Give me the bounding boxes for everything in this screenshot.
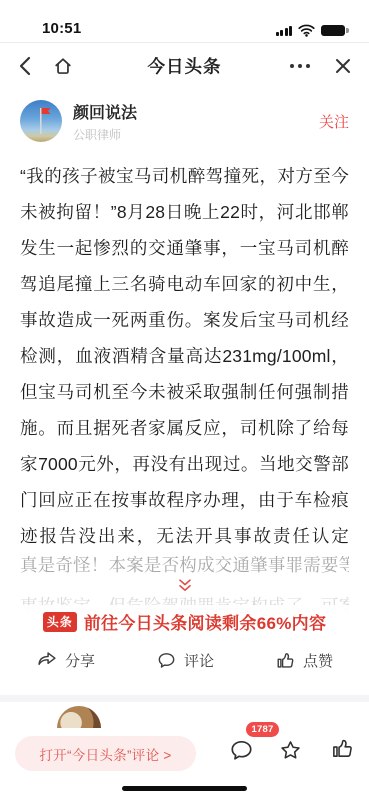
clock-text: 10:51	[42, 20, 81, 37]
status-bar: 10:51	[0, 0, 369, 42]
follow-button[interactable]: 关注	[319, 111, 349, 132]
battery-icon	[321, 25, 345, 37]
thumbs-up-icon	[275, 650, 296, 671]
faded-line-1: 真是奇怪！本案是否构成交通肇事罪需要等待	[20, 551, 349, 579]
phone-screen: 10:51	[0, 0, 369, 800]
nav-right	[289, 58, 351, 74]
star-icon[interactable]	[278, 738, 303, 763]
comment-button[interactable]: 评论	[156, 649, 214, 671]
wifi-icon	[298, 24, 315, 37]
author-info: 颜回说法 公职律师	[73, 100, 319, 143]
share-icon	[36, 649, 58, 671]
nav-bar: 今日头条	[0, 42, 369, 88]
comment-bubble-icon[interactable]	[228, 737, 255, 764]
comment-label: 评论	[184, 650, 214, 671]
like-button[interactable]: 点赞	[275, 649, 333, 671]
article-paragraph: “我的孩子被宝马司机醉驾撞死，对方至今未被拘留！”8月28日晚上22时，河北邯郸…	[0, 158, 369, 558]
thumbs-up-bar-icon[interactable]	[330, 736, 355, 761]
author-role: 公职律师	[73, 126, 319, 143]
home-icon[interactable]	[52, 55, 74, 77]
section-divider	[0, 695, 369, 702]
comment-count-badge: 1787	[246, 722, 279, 737]
like-label: 点赞	[303, 650, 333, 671]
author-row: 颜回说法 公职律师 关注	[0, 98, 369, 144]
close-icon[interactable]	[335, 58, 351, 74]
action-bar: 分享 评论 点赞	[0, 649, 369, 671]
comment-icon	[156, 650, 177, 671]
status-icons	[276, 24, 346, 37]
author-name: 颜回说法	[73, 100, 319, 123]
read-more-text: 前往今日头条阅读剩余66%内容	[84, 609, 327, 634]
article-faded-section: 真是奇怪！本案是否构成交通肇事罪需要等待 事故鉴定，但危险驾驶罪肯定构成了，可案…	[20, 551, 349, 637]
share-button[interactable]: 分享	[36, 649, 95, 671]
nav-left	[18, 55, 74, 77]
chevron-down-icon	[20, 579, 349, 592]
home-indicator[interactable]	[122, 786, 247, 791]
author-avatar[interactable]	[20, 100, 62, 142]
cellular-signal-icon	[276, 25, 293, 36]
open-comments-button[interactable]: 打开“今日头条”评论 >	[15, 736, 196, 771]
more-options-icon[interactable]	[289, 63, 311, 69]
page-title: 今日头条	[148, 53, 222, 78]
share-label: 分享	[65, 650, 95, 671]
toutiao-badge: 头条	[43, 612, 77, 632]
back-icon[interactable]	[18, 56, 32, 76]
read-more-banner[interactable]: 头条 前往今日头条阅读剩余66%内容	[20, 605, 349, 637]
